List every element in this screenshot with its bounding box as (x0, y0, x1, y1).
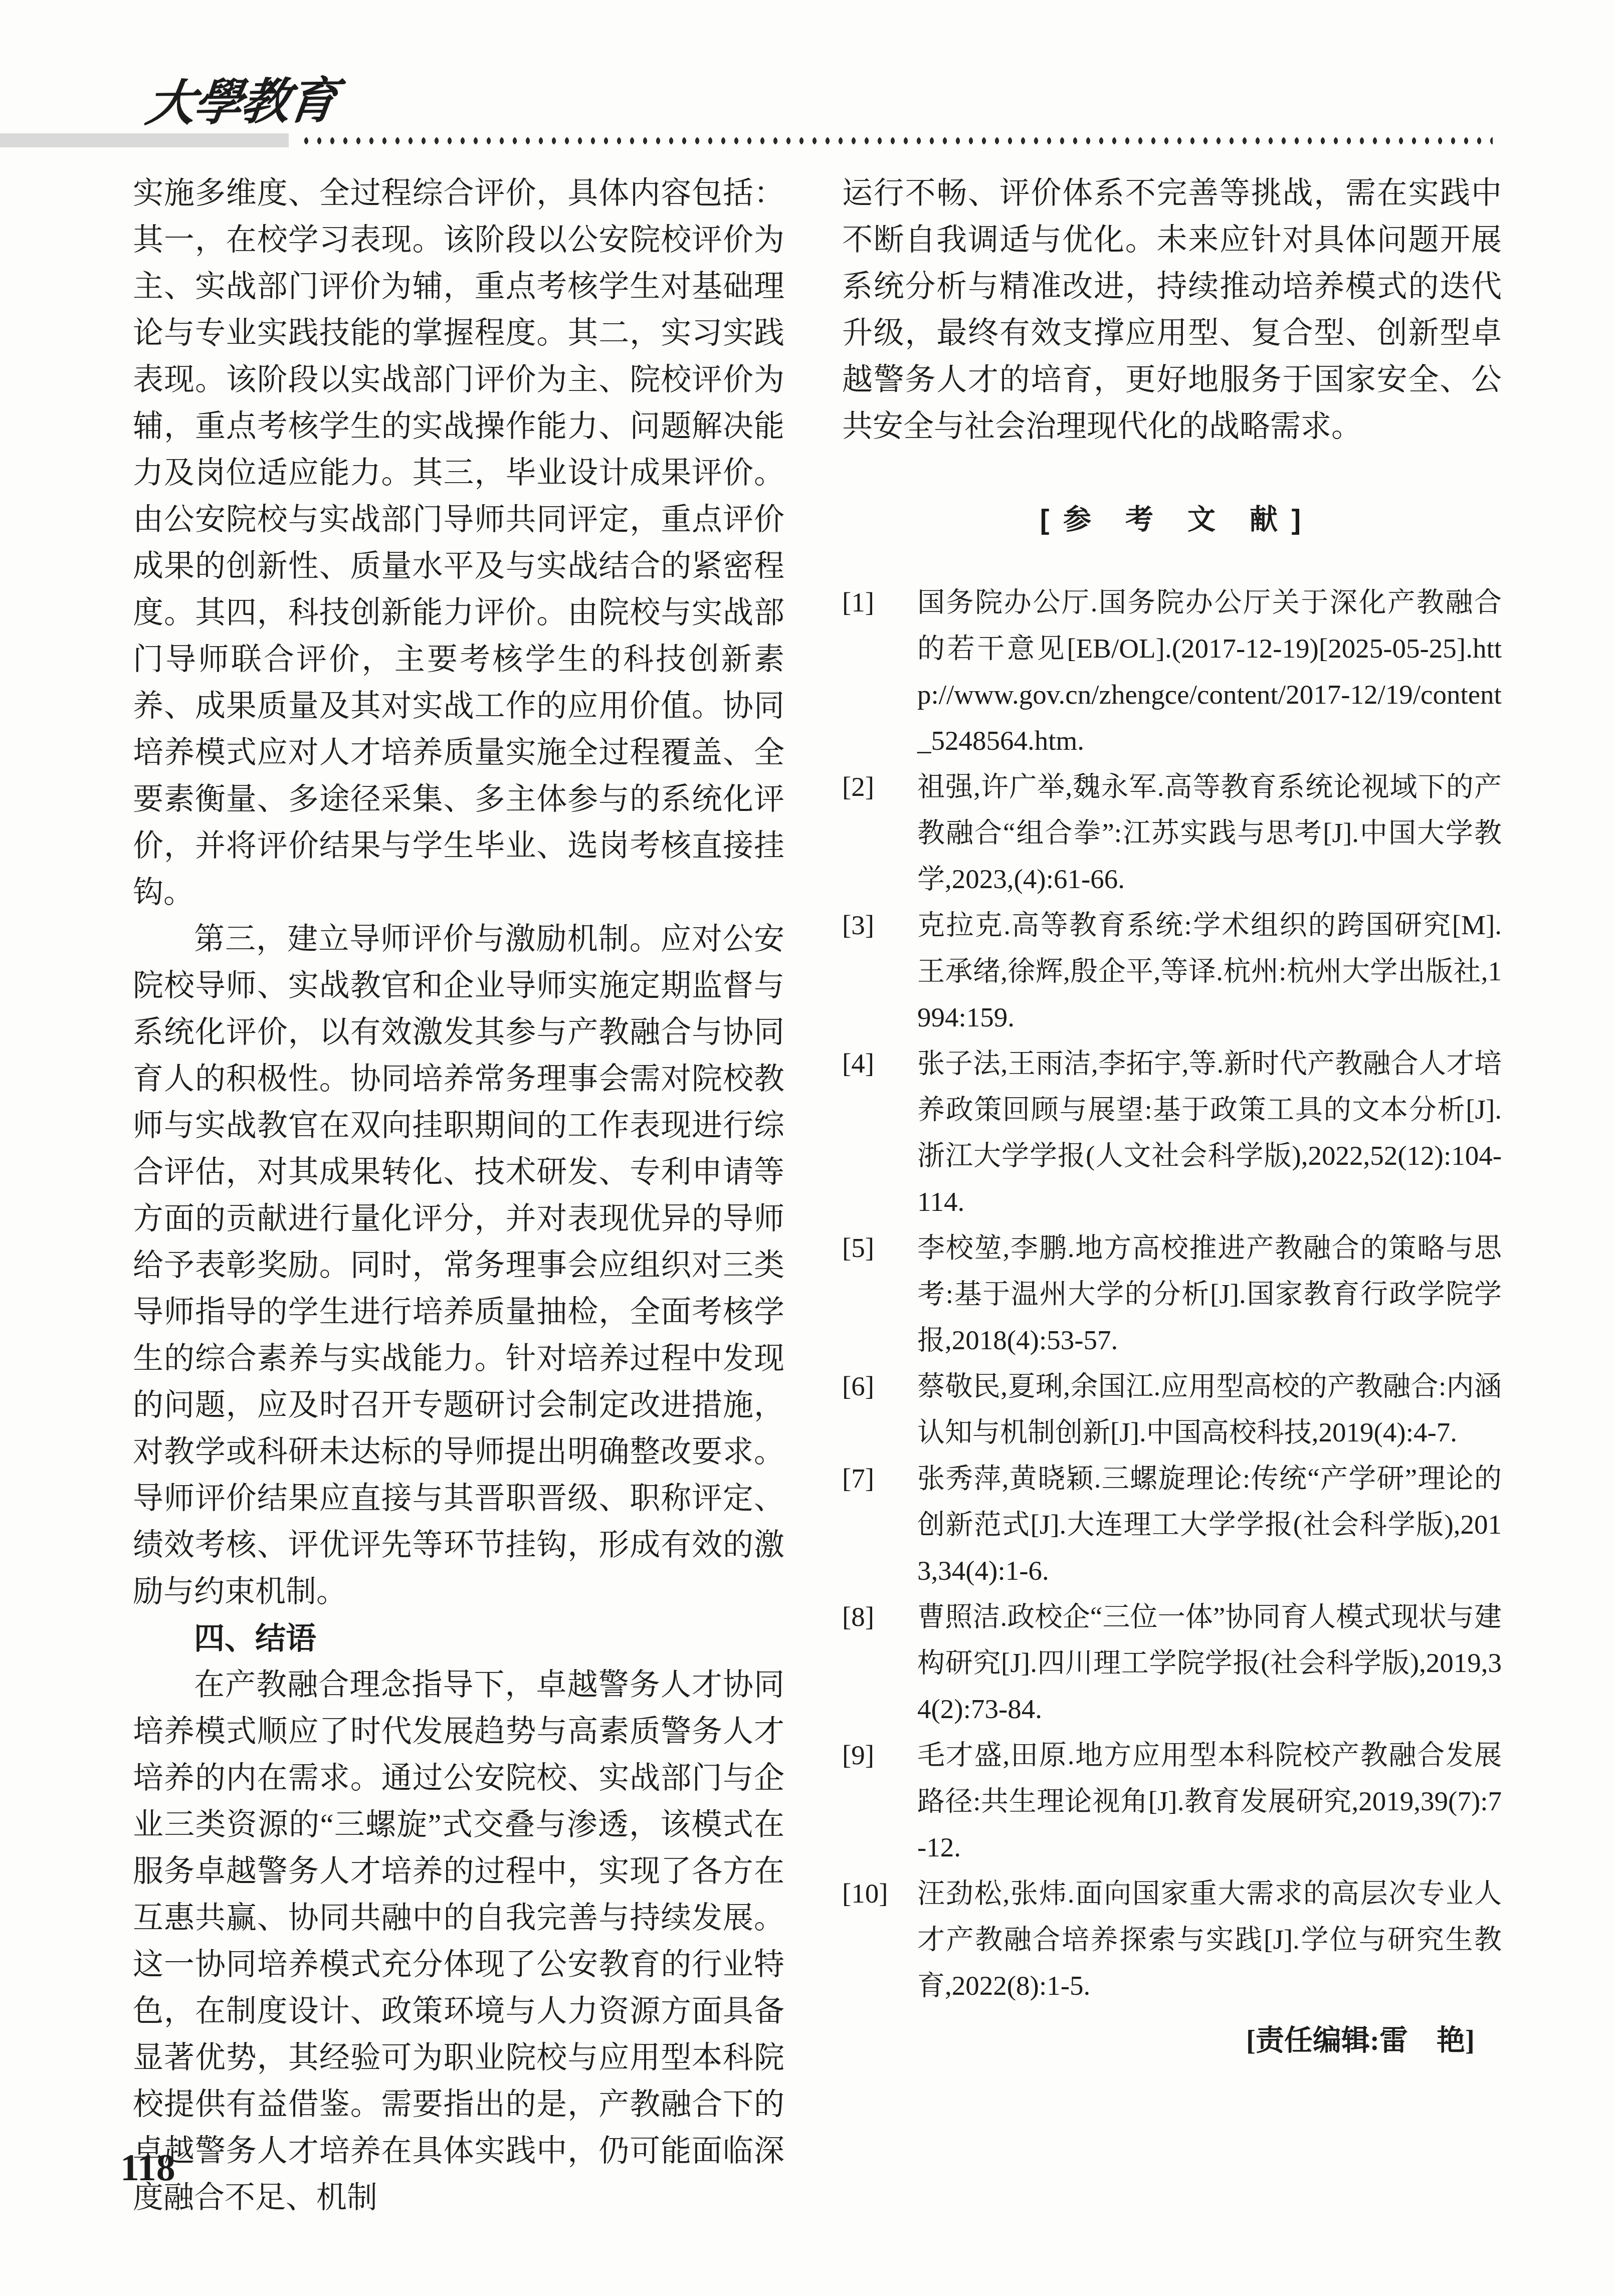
right-column: 运行不畅、评价体系不完善等挑战，需在实践中不断自我调适与优化。未来应针对具体问题… (842, 170, 1502, 2064)
paragraph-mentor-mechanism: 第三，建立导师评价与激励机制。应对公安院校导师、实战教官和企业导师实施定期监督与… (133, 916, 784, 1615)
journal-page: 大學教育 实施多维度、全过程综合评价，具体内容包括：其一，在校学习表现。该阶段以… (0, 0, 1614, 2296)
reference-text: 李校堃,李鹏.地方高校推进产教融合的策略与思考:基于温州大学的分析[J].国家教… (917, 1232, 1502, 1355)
reference-item: [8] 曹照洁.政校企“三位一体”协同育人模式现状与建构研究[J].四川理工学院… (842, 1594, 1502, 1732)
reference-text: 张秀萍,黄晓颖.三螺旋理论:传统“产学研”理论的创新范式[J].大连理工大学学报… (917, 1463, 1502, 1586)
editor-note: [责任编辑:雷 艳] (842, 2018, 1502, 2064)
reference-text: 汪劲松,张炜.面向国家重大需求的高层次专业人才产教融合培养探索与实践[J].学位… (917, 1878, 1502, 2001)
reference-item: [6] 蔡敬民,夏琍,余国江.应用型高校的产教融合:内涵认知与机制创新[J].中… (842, 1363, 1502, 1455)
reference-item: [5] 李校堃,李鹏.地方高校推进产教融合的策略与思考:基于温州大学的分析[J]… (842, 1225, 1502, 1363)
page-number: 118 (120, 2146, 175, 2190)
paragraph-evaluation-continuation: 实施多维度、全过程综合评价，具体内容包括：其一，在校学习表现。该阶段以公安院校评… (133, 170, 784, 916)
reference-label: [4] (842, 1040, 917, 1087)
journal-logo: 大學教育 (143, 75, 310, 133)
header-dotted-rule (300, 134, 1493, 147)
reference-label: [5] (842, 1225, 917, 1271)
reference-item: [3] 克拉克.高等教育系统:学术组织的跨国研究[M].王承绪,徐辉,殷企平,等… (842, 902, 1502, 1040)
reference-label: [1] (842, 579, 917, 625)
paragraph-conclusion-continuation: 运行不畅、评价体系不完善等挑战，需在实践中不断自我调适与优化。未来应针对具体问题… (842, 170, 1502, 450)
references-heading: [ 参 考 文 献 ] (842, 496, 1502, 542)
reference-item: [1] 国务院办公厅.国务院办公厅关于深化产教融合的若干意见[EB/OL].(2… (842, 579, 1502, 764)
reference-item: [7] 张秀萍,黄晓颖.三螺旋理论:传统“产学研”理论的创新范式[J].大连理工… (842, 1455, 1502, 1594)
paragraph-conclusion: 在产教融合理念指导下，卓越警务人才协同培养模式顺应了时代发展趋势与高素质警务人才… (133, 1662, 784, 2221)
reference-text: 祖强,许广举,魏永军.高等教育系统论视域下的产教融合“组合拳”:江苏实践与思考[… (917, 771, 1502, 894)
section-heading-conclusion: 四、结语 (133, 1615, 784, 1662)
reference-label: [7] (842, 1455, 917, 1502)
reference-label: [2] (842, 764, 917, 810)
reference-item: [4] 张子法,王雨洁,李拓宇,等.新时代产教融合人才培养政策回顾与展望:基于政… (842, 1040, 1502, 1225)
reference-label: [3] (842, 902, 917, 948)
reference-item: [10] 汪劲松,张炜.面向国家重大需求的高层次专业人才产教融合培养探索与实践[… (842, 1870, 1502, 2009)
references-list: [1] 国务院办公厅.国务院办公厅关于深化产教融合的若干意见[EB/OL].(2… (842, 579, 1502, 2009)
reference-item: [9] 毛才盛,田原.地方应用型本科院校产教融合发展路径:共生理论视角[J].教… (842, 1732, 1502, 1870)
reference-label: [10] (842, 1870, 917, 1917)
reference-text: 蔡敬民,夏琍,余国江.应用型高校的产教融合:内涵认知与机制创新[J].中国高校科… (917, 1371, 1502, 1447)
reference-text: 曹照洁.政校企“三位一体”协同育人模式现状与建构研究[J].四川理工学院学报(社… (917, 1601, 1502, 1724)
reference-text: 张子法,王雨洁,李拓宇,等.新时代产教融合人才培养政策回顾与展望:基于政策工具的… (917, 1048, 1502, 1217)
reference-text: 国务院办公厅.国务院办公厅关于深化产教融合的若干意见[EB/OL].(2017-… (917, 587, 1502, 756)
reference-text: 克拉克.高等教育系统:学术组织的跨国研究[M].王承绪,徐辉,殷企平,等译.杭州… (917, 910, 1502, 1032)
header-gray-bar (0, 133, 289, 147)
reference-label: [8] (842, 1594, 917, 1640)
reference-label: [6] (842, 1363, 917, 1409)
left-column: 实施多维度、全过程综合评价，具体内容包括：其一，在校学习表现。该阶段以公安院校评… (133, 170, 784, 2221)
reference-label: [9] (842, 1732, 917, 1778)
reference-item: [2] 祖强,许广举,魏永军.高等教育系统论视域下的产教融合“组合拳”:江苏实践… (842, 764, 1502, 902)
reference-text: 毛才盛,田原.地方应用型本科院校产教融合发展路径:共生理论视角[J].教育发展研… (917, 1740, 1502, 1862)
